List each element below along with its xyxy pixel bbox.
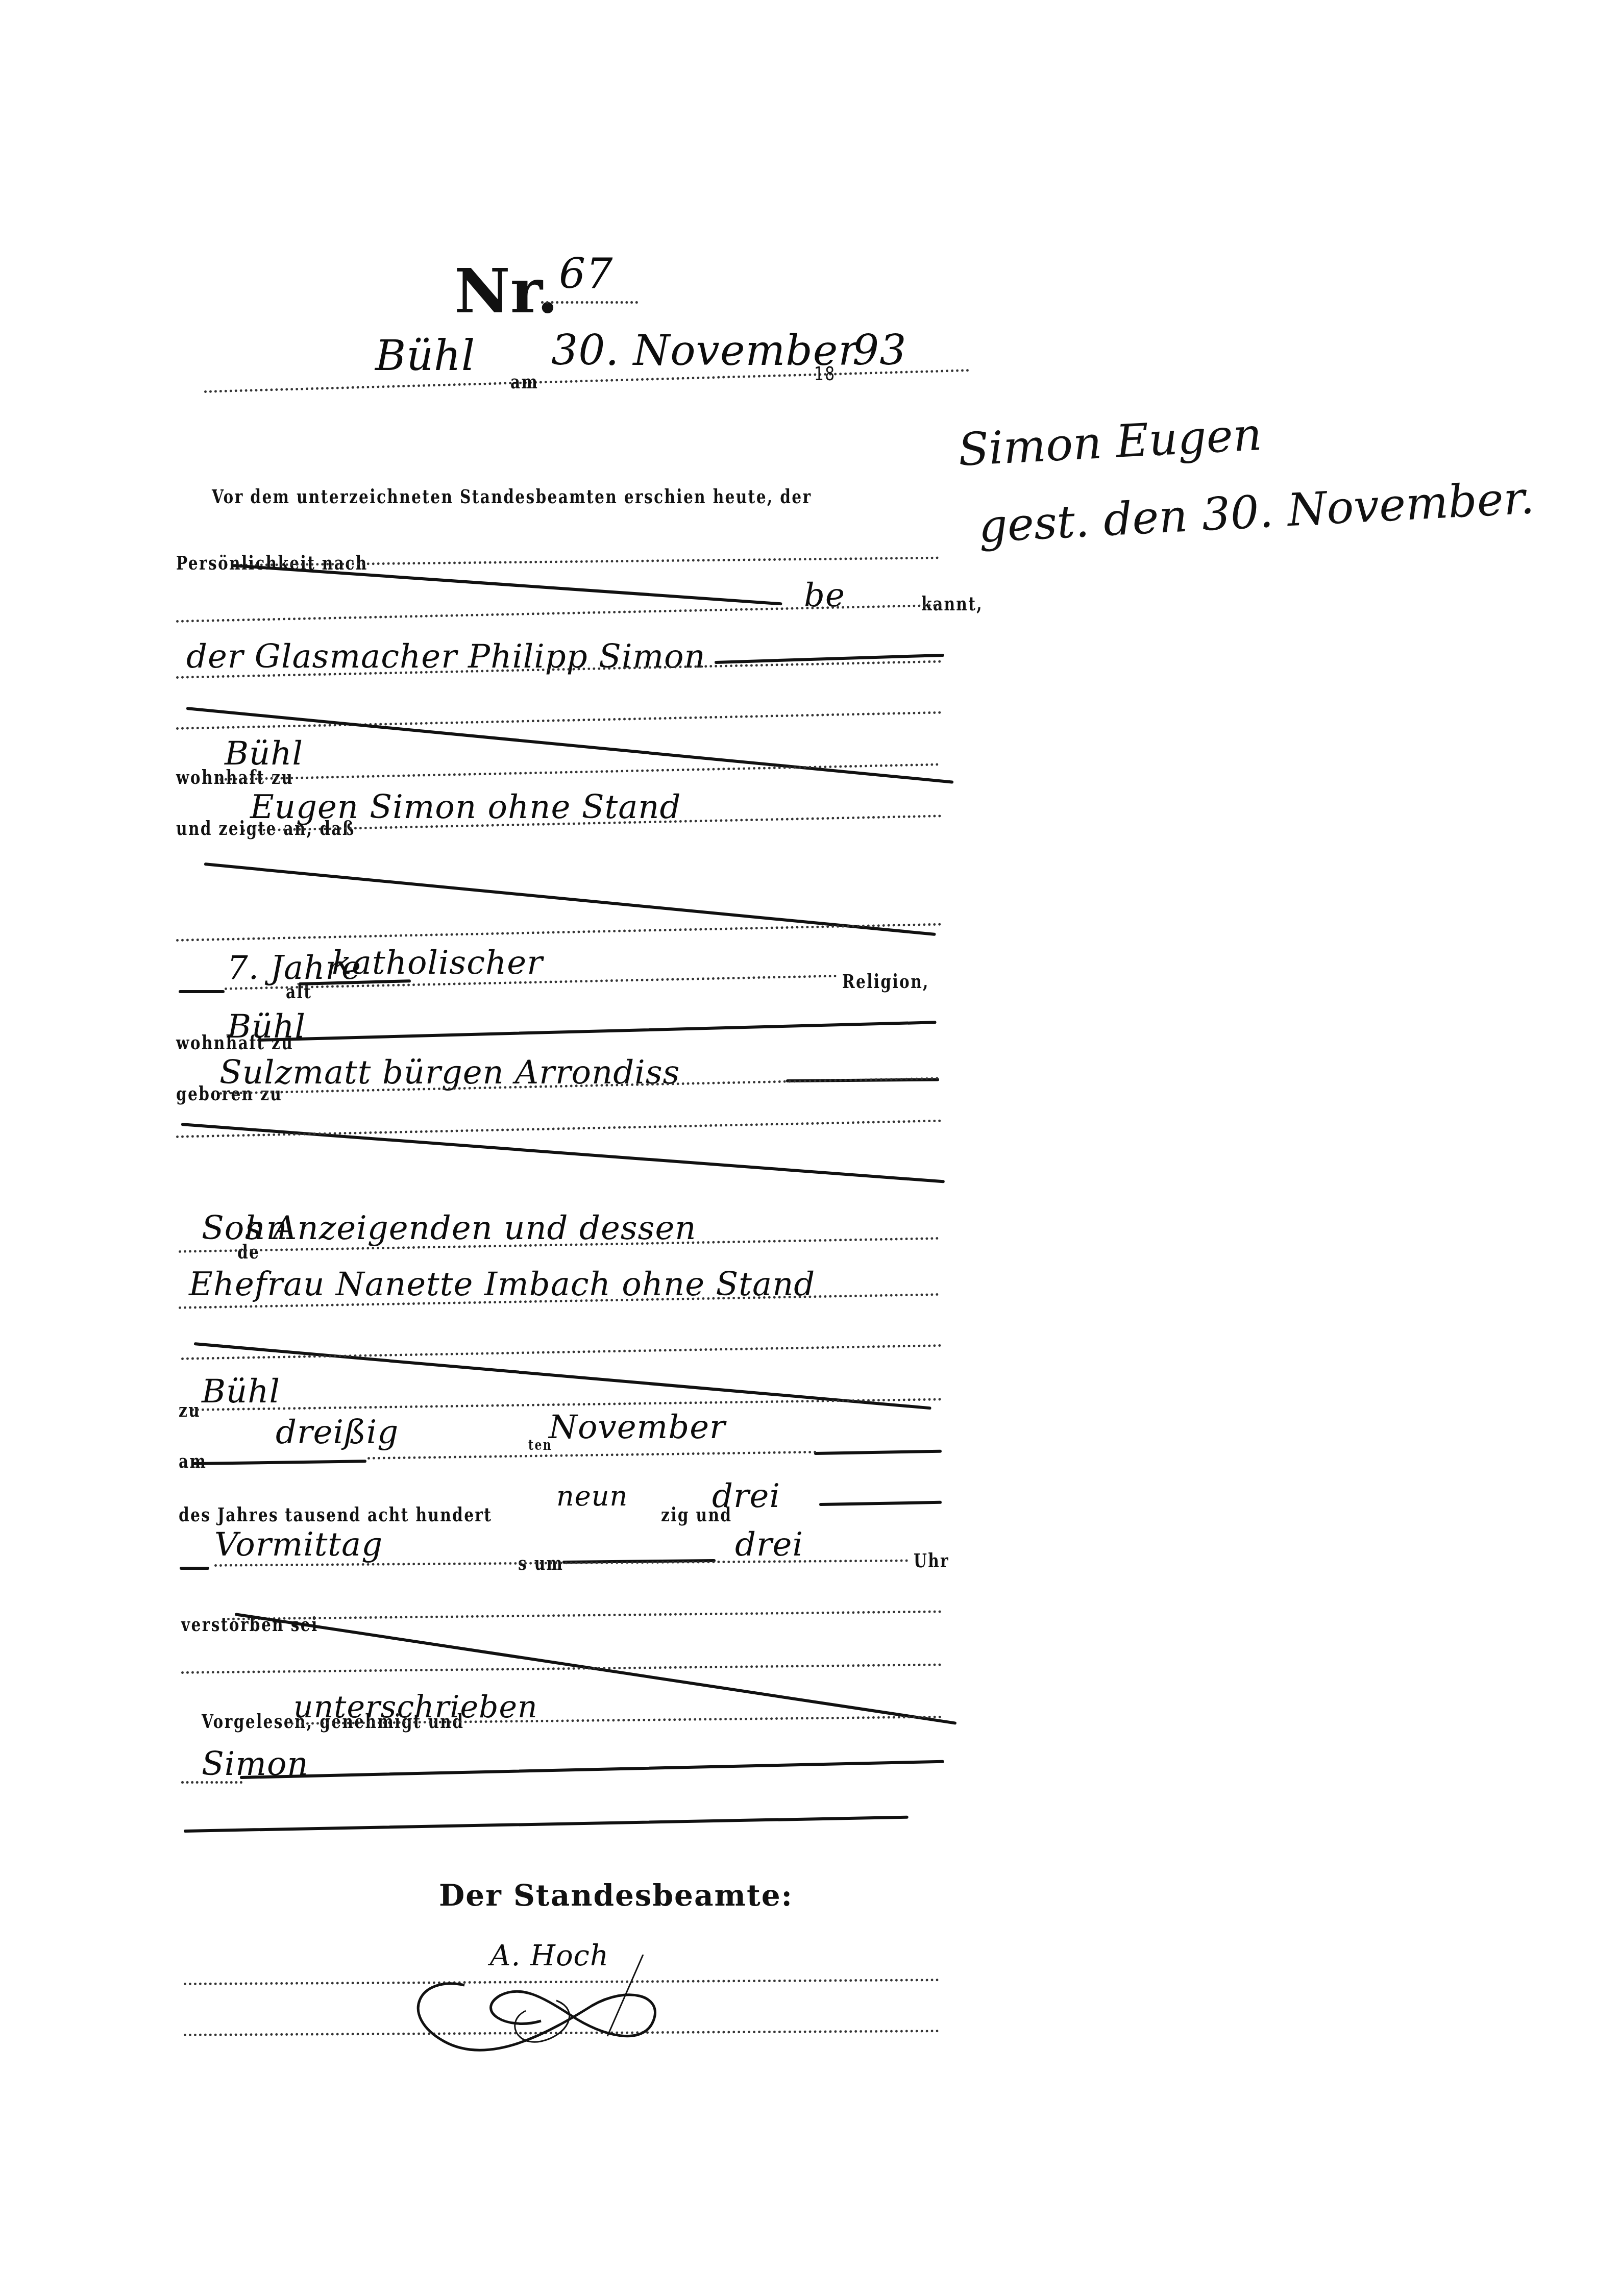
margin-note-name: Simon Eugen [957, 408, 1263, 476]
birthplace-dotted-line-2 [176, 1120, 942, 1138]
signer-fill-stroke [240, 1760, 944, 1779]
birthplace-cancel-stroke [181, 1123, 945, 1183]
declarant-residence-value: Bühl [225, 735, 303, 773]
record-number-dotted-line [541, 301, 638, 304]
religion-value: katholischer [332, 944, 543, 982]
religion-label: Religion, [842, 970, 929, 993]
deceased-residence-fill-stroke [258, 1021, 937, 1042]
deceased-dotted-line [227, 1610, 942, 1620]
age-fill-stroke [179, 990, 225, 993]
official-signature: A. Hoch [490, 1939, 609, 1972]
nr-prefix: Nr. [454, 255, 558, 327]
death-day-value: dreißig [276, 1414, 399, 1451]
death-time-hour: drei [735, 1526, 803, 1564]
blank-dotted-line [176, 711, 942, 730]
official-signature-flourish [388, 1955, 704, 2077]
closing-cancel-stroke [184, 1816, 909, 1833]
date-value: 30. November [551, 327, 858, 375]
declarant-value: der Glasmacher Philipp Simon [186, 638, 706, 676]
death-time-period: Vormittag [214, 1526, 383, 1564]
margin-note-death: gest. den 30. November. [977, 471, 1536, 553]
death-date-fill-stroke [193, 1460, 366, 1465]
identity-suffix: kannt, [921, 592, 983, 615]
intro-text: Vor dem unterzeichneten Standesbeamten e… [212, 485, 812, 508]
announcement-value: Eugen Simon ohne Stand [250, 788, 681, 826]
parents-residence-value: Bühl [202, 1373, 280, 1411]
year-prefix: 18 [814, 362, 836, 385]
record-number-label: Nr. [454, 255, 558, 327]
death-year-label-a: des Jahres tausend acht hundert [179, 1503, 492, 1526]
death-time-fill-stroke-1 [180, 1567, 209, 1570]
signer-dotted-line [181, 1781, 242, 1784]
death-date-am-label: am [179, 1449, 207, 1472]
death-year-fill-stroke [819, 1501, 942, 1506]
official-heading: Der Standesbeamte: [439, 1878, 793, 1913]
death-date-dotted-line [367, 1451, 817, 1460]
place-value: Bühl [375, 332, 475, 380]
death-year-tens: neun [556, 1480, 628, 1512]
death-time-uhr-label: Uhr [914, 1549, 949, 1572]
death-year-units: drei [712, 1477, 780, 1515]
death-month-fill-stroke [814, 1450, 942, 1455]
death-month-value: November [549, 1409, 726, 1446]
parents-line1-b: s Anzeigenden und dessen [245, 1209, 697, 1247]
announcement-dotted-line-2 [176, 923, 942, 942]
am-label: am [510, 370, 538, 393]
record-number: 67 [559, 250, 613, 299]
identity-cancel-stroke [232, 564, 782, 605]
civil-registry-death-record: Nr. 67 Bühl am 30. November 18 93 Simon … [0, 0, 1619, 2296]
year-suffix: 93 [852, 327, 906, 375]
closing-value: unterschrieben [293, 1689, 538, 1725]
